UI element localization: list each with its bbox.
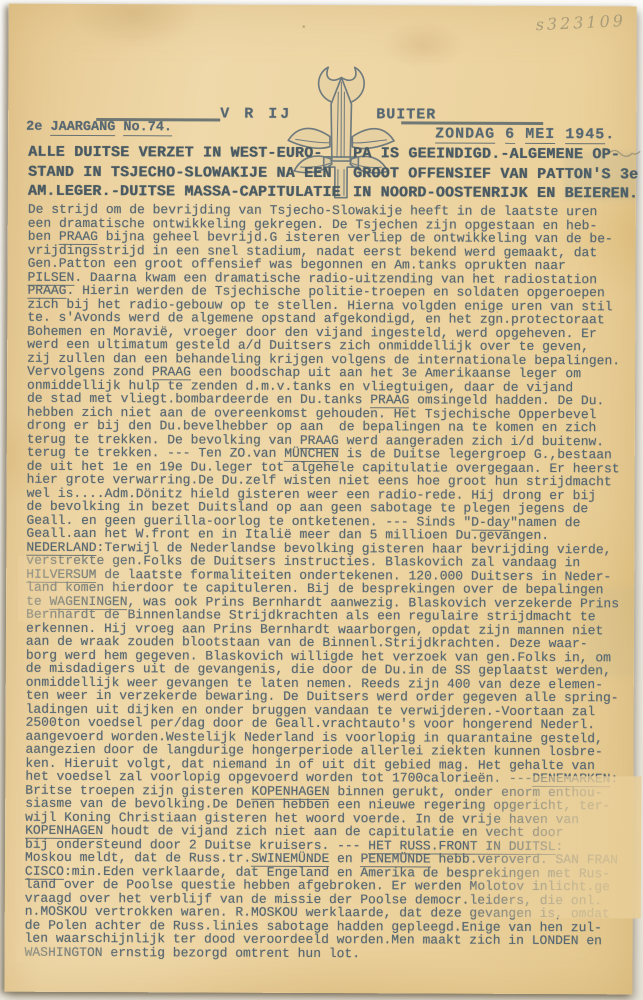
masthead-title-left: V R IJ (220, 106, 292, 123)
body-text: De strijd om de bevrijding van Tsjecho-S… (25, 203, 634, 962)
underlined-term: MEI (525, 126, 555, 144)
underlined-term: No.74. (123, 120, 172, 136)
underlined-term: 6 (505, 126, 515, 144)
underlined-term: 1945 (565, 126, 605, 144)
text-line: GROOT OFFENSIEF VAN PATTON'S 3e (353, 164, 638, 185)
masthead-rule-left (96, 118, 220, 121)
text-line: ALLE DUITSE VERZET IN WEST-EURO- (28, 143, 341, 164)
text-line: IN NOORD-OOSTENRIJK EN BEIEREN. (353, 183, 638, 204)
newspaper-sheet: s323109 2e JAARGANG No.74. V R IJ BUITER… (4, 4, 636, 995)
handwritten-serial-number: s323109 (535, 11, 626, 34)
headline-left-column: ALLE DUITSE VERZET IN WEST-EURO-STAND IN… (28, 143, 341, 203)
headline-right-column: PA IS GEEINDIGD.-ALGEMENE OP-GROOT OFFEN… (353, 144, 639, 204)
underlined-term: ZONDAG (435, 125, 495, 143)
text-line: AM.LEGER.-DUITSE MASSA-CAPITULATIE (28, 182, 341, 203)
issue-date: ZONDAG 6 MEI 1945. (435, 125, 615, 143)
masthead-rule-right (401, 121, 543, 124)
volume-number: 2e JAARGANG No.74. (26, 120, 172, 136)
underlined-term: JAARGANG (50, 120, 115, 136)
text-line: PA IS GEEINDIGD.-ALGEMENE OP- (353, 144, 638, 165)
text-line: STAND IN TSJECHO-SLOWAKIJE NA EEN (28, 162, 341, 183)
scan-background: s323109 2e JAARGANG No.74. V R IJ BUITER… (0, 0, 643, 1000)
